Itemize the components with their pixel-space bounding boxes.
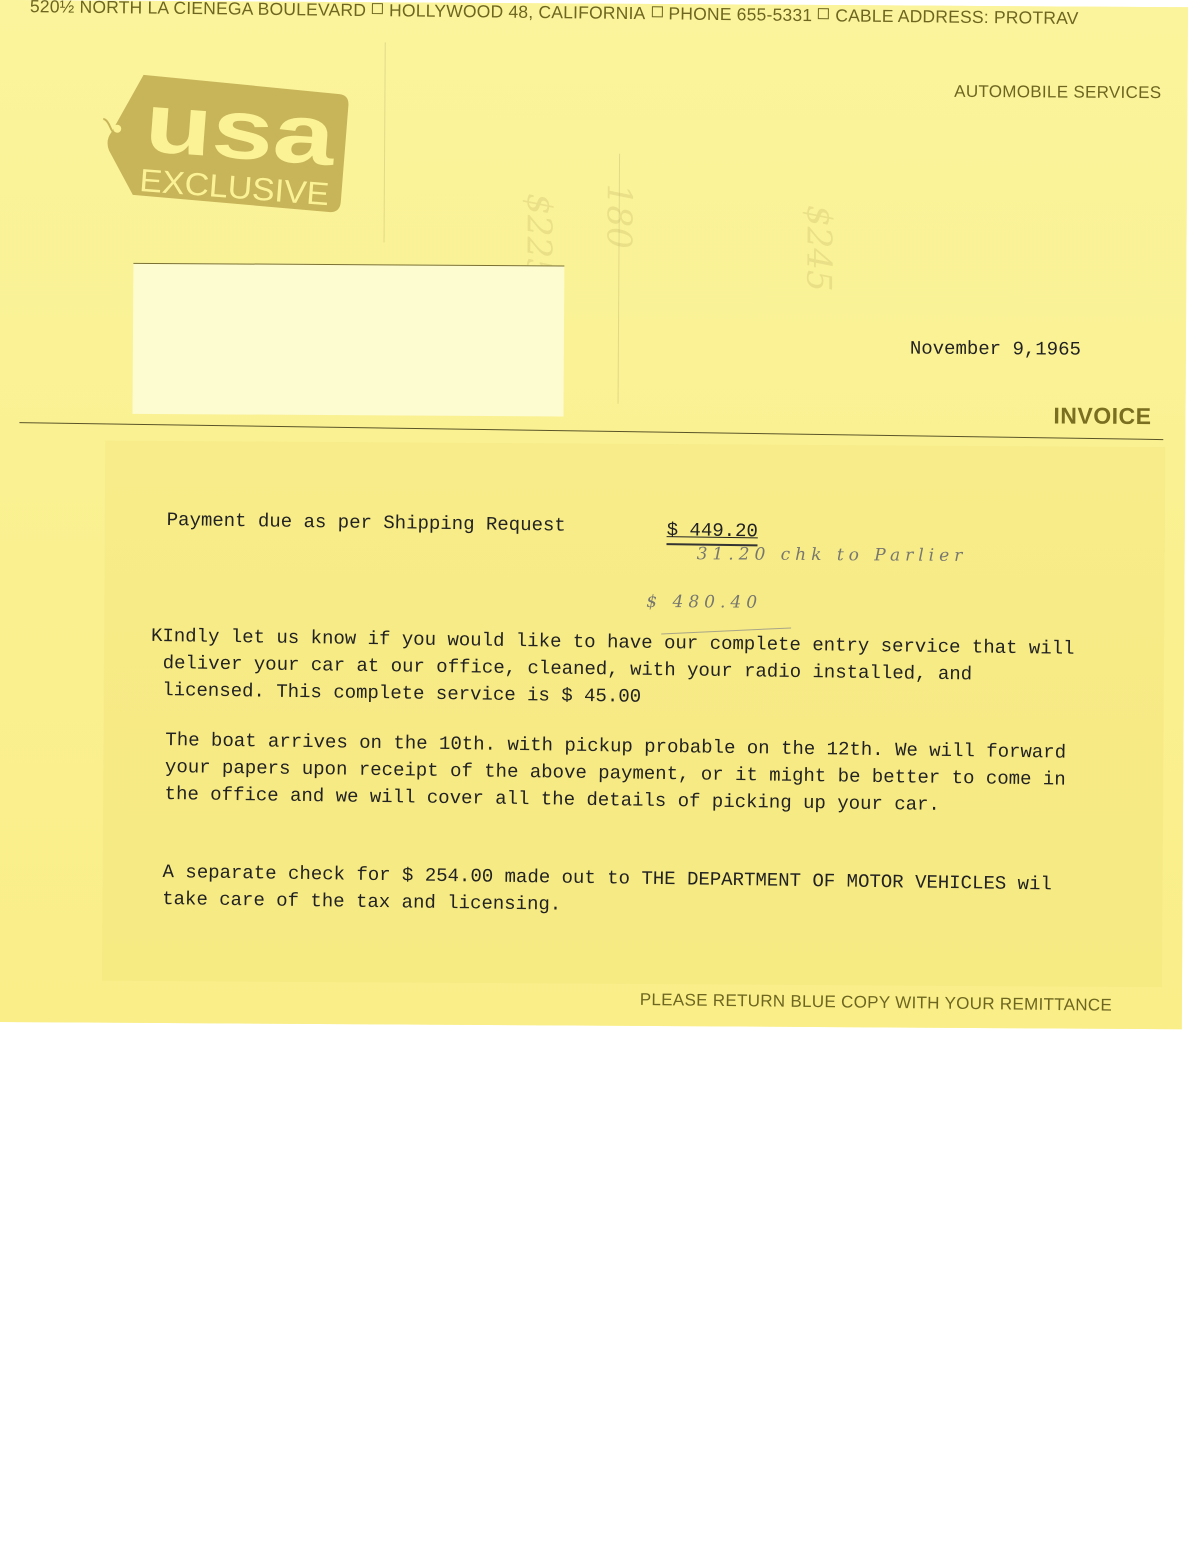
bleed-through-line <box>384 42 386 242</box>
letterhead-street: 520½ NORTH LA CIENEGA BOULEVARD <box>30 0 366 20</box>
bleed-through-handwriting: 180 <box>598 184 638 249</box>
paragraph-entry-service: KIndly let us know if you would like to … <box>150 623 1075 717</box>
usa-exclusive-logo: usa EXCLUSIVE <box>103 73 350 215</box>
letterhead-cable: CABLE ADDRESS: PROTRAV <box>835 5 1079 28</box>
invoice-date: November 9,1965 <box>910 338 1081 361</box>
letterhead-address-line: 520½ NORTH LA CIENEGA BOULEVARDHOLLYWOOD… <box>30 0 1079 29</box>
address-window-redacted <box>132 263 564 417</box>
separator-box-icon <box>818 8 829 19</box>
handwritten-note: 31.20 chk to Parlier <box>697 544 968 566</box>
letterhead-phone: PHONE 655-5331 <box>668 3 812 25</box>
separator-box-icon <box>651 6 662 17</box>
payment-amount: $ 449.20 <box>666 519 758 546</box>
bleed-through-handwriting: $245 <box>798 205 839 292</box>
scanned-page: $225 180 $245 520½ NORTH LA CIENEGA BOUL… <box>0 0 1200 1552</box>
separator-box-icon <box>372 3 383 14</box>
header-divider <box>19 422 1163 440</box>
handwritten-total: $ 480.40 <box>646 592 762 613</box>
remittance-note: PLEASE RETURN BLUE COPY WITH YOUR REMITT… <box>640 990 1112 1016</box>
payment-label: Payment due as per Shipping Request <box>167 507 566 540</box>
department-label: AUTOMOBILE SERVICES <box>954 82 1161 103</box>
invoice-sheet: $225 180 $245 520½ NORTH LA CIENEGA BOUL… <box>0 0 1188 1029</box>
invoice-title: INVOICE <box>1053 402 1151 430</box>
letterhead-city: HOLLYWOOD 48, CALIFORNIA <box>389 0 646 23</box>
paragraph-boat-arrival: The boat arrives on the 10th. with picku… <box>164 727 1066 821</box>
